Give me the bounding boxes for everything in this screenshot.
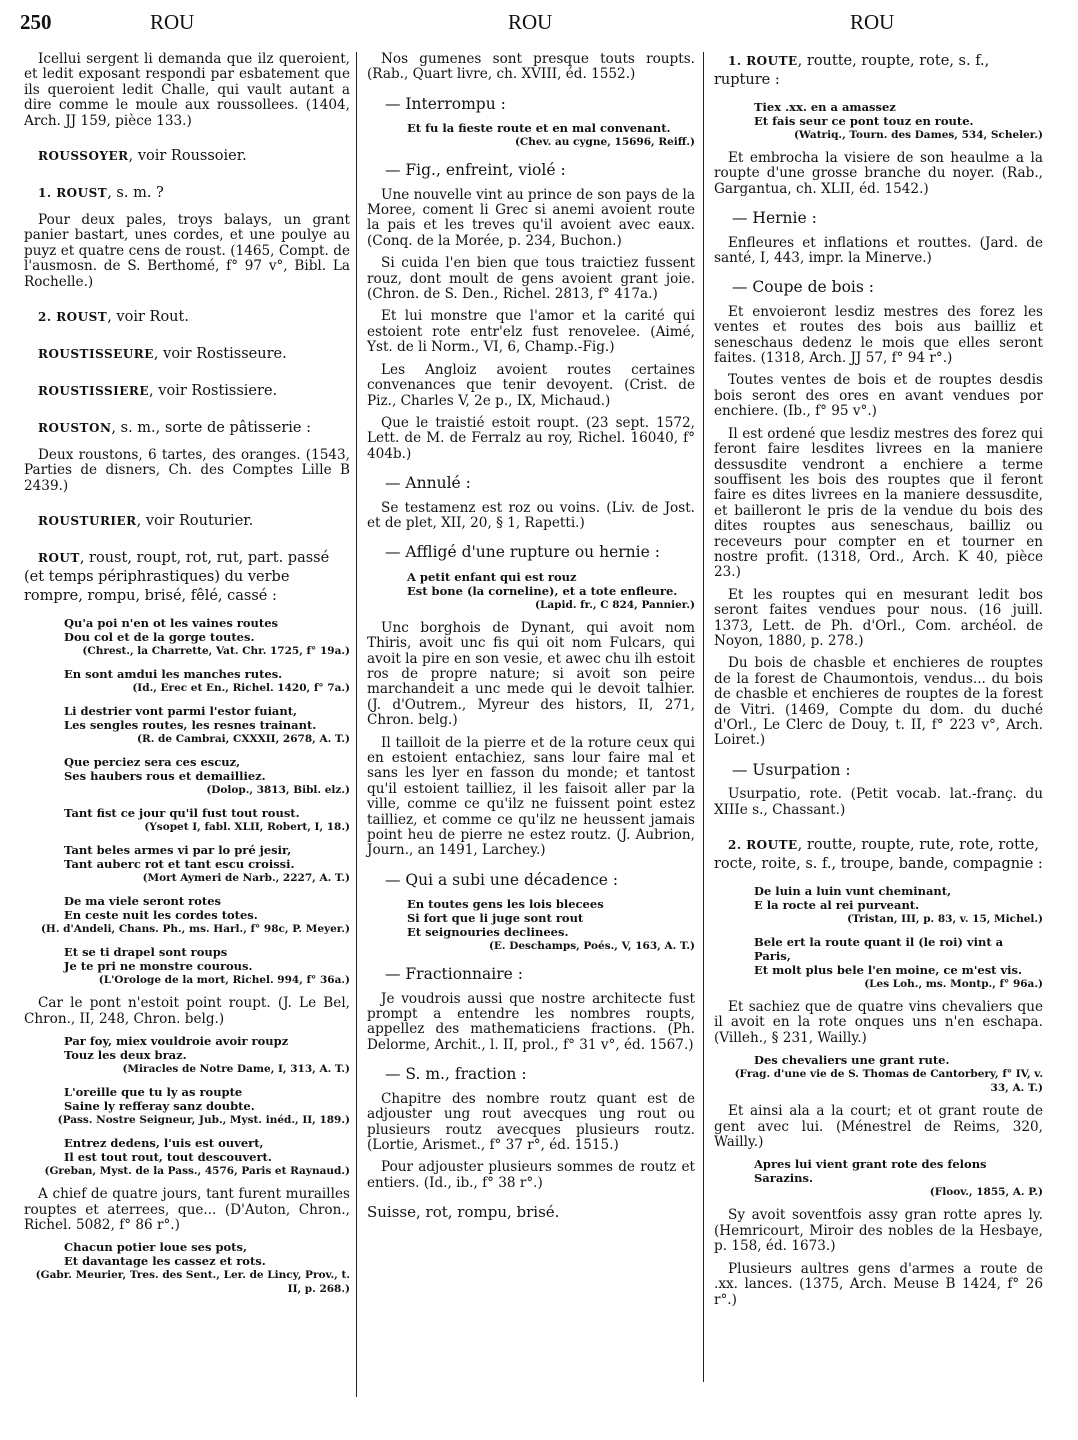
quotation-paragraph: Et les rouptes qui en mesurant ledit bos… — [714, 588, 1043, 650]
headword: ROUT — [38, 551, 80, 565]
citation: (Greban, Myst. de la Pass., 4576, Paris … — [24, 1164, 350, 1178]
dictionary-entry: ROUSTURIER, voir Routurier. — [24, 512, 350, 531]
verse-line: Chacun potier loue ses pots, — [24, 1240, 350, 1254]
verse-quotation: Et fu la fieste route et en mal convenan… — [367, 121, 695, 149]
definition: , s. m. ? — [107, 185, 164, 201]
citation: (Dolop., 3813, Bibl. elz.) — [24, 783, 350, 797]
verse-line: En sont amdui les manches rutes. — [24, 667, 350, 681]
definition: , s. m., sorte de pâtisserie : — [111, 420, 311, 436]
quotation-paragraph: Sy avoit soventfois assy gran rotte apre… — [714, 1208, 1043, 1254]
quotation-paragraph: Deux roustons, 6 tartes, des oranges. (1… — [24, 448, 350, 494]
verse-line: Bele ert la route quant il (le roi) vint… — [714, 935, 1043, 963]
verse-quotation: Li destrier vont parmi l'estor fuiant,Le… — [24, 704, 350, 746]
page-number: 250 — [20, 10, 52, 35]
verse-quotation: Que perciez sera ces escuz,Ses haubers r… — [24, 755, 350, 797]
verse-line: Saine ly refferay sanz doubte. — [24, 1099, 350, 1113]
quotation-paragraph: Toutes ventes de bois et de rouptes desd… — [714, 373, 1043, 419]
verse-quotation: En toutes gens les lois bleceesSi fort q… — [367, 897, 695, 953]
running-head-center: ROU — [508, 10, 552, 35]
column-1: Icellui sergent li demanda que ilz quero… — [24, 52, 350, 1305]
running-head-right: ROU — [850, 10, 894, 35]
headword: ROUSTISSIERE — [38, 384, 149, 398]
verse-line: E la rocte al rei purveant. — [714, 898, 1043, 912]
quotation-paragraph: Il tailloit de la pierre et de la roture… — [367, 736, 695, 859]
verse-quotation: Tiex .xx. en a amassezEt fais seur ce po… — [714, 100, 1043, 142]
quotation-paragraph: Icellui sergent li demanda que ilz quero… — [24, 52, 350, 129]
verse-quotation: Apres lui vient grant rote des felons Sa… — [714, 1157, 1043, 1199]
sense-heading: — Fractionnaire : — [385, 967, 695, 982]
definition: , voir Routurier. — [137, 513, 254, 529]
citation: (Ysopet I, fabl. XLII, Robert, I, 18.) — [24, 820, 350, 834]
headword: 2. ROUST — [38, 310, 107, 324]
dictionary-entry: ROUSTISSEURE, voir Rostisseure. — [24, 345, 350, 364]
headword: 1. ROUST — [38, 186, 107, 200]
citation: (Mort Aymeri de Narb., 2227, A. T.) — [24, 871, 350, 885]
verse-line: Les sengles routes, les resnes trainant. — [24, 718, 350, 732]
quotation-paragraph: Et sachiez que de quatre vins chevaliers… — [714, 1000, 1043, 1046]
verse-line: Il est tout rout, tout descouvert. — [24, 1150, 350, 1164]
verse-line: Je te pri ne monstre courous. — [24, 959, 350, 973]
verse-line: De ma viele seront rotes — [24, 894, 350, 908]
citation: (E. Deschamps, Poés., V, 163, A. T.) — [367, 939, 695, 953]
citation: (R. de Cambrai, CXXXII, 2678, A. T.) — [24, 732, 350, 746]
verse-line: Des chevaliers une grant rute. — [714, 1053, 1043, 1067]
dictionary-entry: ROUSTISSIERE, voir Rostissiere. — [24, 382, 350, 401]
quotation-paragraph: Chapitre des nombre routz quant est de a… — [367, 1092, 695, 1154]
definition: , voir Rostisseure. — [154, 346, 287, 362]
dictionary-entry: ROUSSOYER, voir Roussoier. — [24, 147, 350, 166]
quotation-paragraph: Si cuida l'en bien que tous traictiez fu… — [367, 256, 695, 302]
dictionary-entry: 1. ROUST, s. m. ? — [24, 184, 350, 203]
verse-quotation: A petit enfant qui est rouzEst bone (la … — [367, 570, 695, 612]
quotation-paragraph: Pour adjouster plusieurs sommes de routz… — [367, 1160, 695, 1191]
verse-line: L'oreille que tu ly as roupte — [24, 1085, 350, 1099]
sense-heading: — Affligé d'une rupture ou hernie : — [385, 545, 695, 560]
verse-quotation: Qu'a poi n'en ot les vaines routesDou co… — [24, 616, 350, 658]
verse-quotation: L'oreille que tu ly as roupteSaine ly re… — [24, 1085, 350, 1127]
verse-line: Et molt plus bele l'en moine, ce m'est v… — [714, 963, 1043, 977]
verse-quotation: Entrez dedens, l'uis est ouvert,Il est t… — [24, 1136, 350, 1178]
quotation-paragraph: Je voudrois aussi que nostre architecte … — [367, 992, 695, 1054]
verse-line: En toutes gens les lois blecees — [367, 897, 695, 911]
headword: ROUSSOYER — [38, 149, 129, 163]
citation: (Chev. au cygne, 15696, Reiff.) — [367, 135, 695, 149]
verse-line: Si fort que li juge sont rout — [367, 911, 695, 925]
citation: (H. d'Andeli, Chans. Ph., ms. Harl., f° … — [24, 922, 350, 936]
sense-heading: — Coupe de bois : — [732, 280, 1043, 295]
verse-quotation: Tant fist ce jour qu'il fust tout roust.… — [24, 806, 350, 834]
quotation-paragraph: Enfleures et inflations et routtes. (Jar… — [714, 236, 1043, 267]
headword: ROUSTON — [38, 421, 111, 435]
definition: , voir Rostissiere. — [149, 383, 277, 399]
quotation-paragraph: Usurpatio, rote. (Petit vocab. lat.-fran… — [714, 787, 1043, 818]
verse-line: A petit enfant qui est rouz — [367, 570, 695, 584]
verse-quotation: Tant beles armes vi par lo pré jesir,Tan… — [24, 843, 350, 885]
verse-line: Tiex .xx. en a amassez — [714, 100, 1043, 114]
verse-line: Ses haubers rous et demailliez. — [24, 769, 350, 783]
quotation-paragraph: Pour deux pales, troys balays, un grant … — [24, 213, 350, 290]
verse-line: Touz les deux braz. — [24, 1048, 350, 1062]
verse-quotation: Chacun potier loue ses pots,Et davantage… — [24, 1240, 350, 1296]
citation: (Frag. d'une vie de S. Thomas de Cantorb… — [714, 1067, 1043, 1095]
quotation-paragraph: Car le pont n'estoit point roupt. (J. Le… — [24, 996, 350, 1027]
verse-quotation: Par foy, miex vouldroie avoir roupzTouz … — [24, 1034, 350, 1076]
verse-line: Apres lui vient grant rote des felons Sa… — [714, 1157, 1043, 1185]
dictionary-entry: ROUSTON, s. m., sorte de pâtisserie : — [24, 419, 350, 438]
citation: (Miracles de Notre Dame, I, 313, A. T.) — [24, 1062, 350, 1076]
verse-line: Entrez dedens, l'uis est ouvert, — [24, 1136, 350, 1150]
quotation-paragraph: Les Angloiz avoient routes certaines con… — [367, 363, 695, 409]
column-2: Nos gumenes sont presque touts roupts. (… — [367, 52, 695, 1228]
verse-line: Li destrier vont parmi l'estor fuiant, — [24, 704, 350, 718]
citation: (Watriq., Tourn. des Dames, 534, Scheler… — [714, 128, 1043, 142]
headword: 1. ROUTE — [728, 54, 798, 68]
quotation-paragraph: Nos gumenes sont presque touts roupts. (… — [367, 52, 695, 83]
verse-line: Dou col et de la gorge toutes. — [24, 630, 350, 644]
verse-line: Tant auberc rot et tant escu croissi. — [24, 857, 350, 871]
citation: (Floov., 1855, A. P.) — [714, 1185, 1043, 1199]
column-divider — [703, 52, 704, 1382]
verse-line: Tant beles armes vi par lo pré jesir, — [24, 843, 350, 857]
verse-line: Et fais seur ce pont touz en route. — [714, 114, 1043, 128]
quotation-paragraph: Et embrocha la visiere de son heaulme a … — [714, 151, 1043, 197]
quotation-paragraph: Se testamenz est roz ou voins. (Liv. de … — [367, 501, 695, 532]
verse-quotation: Des chevaliers une grant rute.(Frag. d'u… — [714, 1053, 1043, 1095]
verse-quotation: De luin a luin vunt cheminant,E la rocte… — [714, 884, 1043, 926]
sense-heading: — S. m., fraction : — [385, 1067, 695, 1082]
quotation-paragraph: Que le traistié estoit roupt. (23 sept. … — [367, 416, 695, 462]
verse-quotation: En sont amdui les manches rutes.(Id., Er… — [24, 667, 350, 695]
verse-quotation: Et se ti drapel sont roupsJe te pri ne m… — [24, 945, 350, 987]
verse-quotation: De ma viele seront rotesEn ceste nuit le… — [24, 894, 350, 936]
verse-line: Que perciez sera ces escuz, — [24, 755, 350, 769]
headword: ROUSTISSEURE — [38, 347, 154, 361]
citation: (Id., Erec et En., Richel. 1420, f° 7a.) — [24, 681, 350, 695]
citation: (Pass. Nostre Seigneur, Jub., Myst. inéd… — [24, 1113, 350, 1127]
dictionary-entry: 2. ROUTE, routte, roupte, rute, rote, ro… — [714, 836, 1043, 874]
headword: 2. ROUTE — [728, 838, 798, 852]
quotation-paragraph: Et envoieront lesdiz mestres des forez l… — [714, 305, 1043, 367]
quotation-paragraph: Du bois de chasble et enchieres de roupt… — [714, 656, 1043, 748]
verse-line: Et seignouries declinees. — [367, 925, 695, 939]
verse-line: Et se ti drapel sont roups — [24, 945, 350, 959]
column-3: 1. ROUTE, routte, roupte, rote, s. f., r… — [714, 52, 1043, 1315]
dictionary-entry: 2. ROUST, voir Rout. — [24, 308, 350, 327]
quotation-paragraph: Plusieurs aultres gens d'armes a route d… — [714, 1262, 1043, 1308]
headword: ROUSTURIER — [38, 514, 137, 528]
definition: , voir Rout. — [107, 309, 189, 325]
quotation-paragraph: A chief de quatre jours, tant furent mur… — [24, 1187, 350, 1233]
citation: (Les Loh., ms. Montp., f° 96a.) — [714, 977, 1043, 991]
verse-line: En ceste nuit les cordes totes. — [24, 908, 350, 922]
verse-line: Et davantage les cassez et rots. — [24, 1254, 350, 1268]
citation: (Lapid. fr., C 824, Pannier.) — [367, 598, 695, 612]
dictionary-entry: 1. ROUTE, routte, roupte, rote, s. f., r… — [714, 52, 1043, 90]
verse-line: De luin a luin vunt cheminant, — [714, 884, 1043, 898]
running-head-left: ROU — [150, 10, 194, 35]
citation: (Gabr. Meurier, Tres. des Sent., Ler. de… — [24, 1268, 350, 1296]
definition: , voir Roussoier. — [129, 148, 247, 164]
verse-line: Est bone (la corneline), et a tote enfle… — [367, 584, 695, 598]
column-divider — [356, 52, 357, 1397]
sense-heading: — Annulé : — [385, 476, 695, 491]
quotation-paragraph: Il est ordené que lesdiz mestres des for… — [714, 427, 1043, 581]
citation: (Tristan, III, p. 83, v. 15, Michel.) — [714, 912, 1043, 926]
quotation-paragraph: Suisse, rot, rompu, brisé. — [367, 1205, 695, 1220]
verse-line: Par foy, miex vouldroie avoir roupz — [24, 1034, 350, 1048]
citation: (Chrest., la Charrette, Vat. Chr. 1725, … — [24, 644, 350, 658]
verse-line: Tant fist ce jour qu'il fust tout roust. — [24, 806, 350, 820]
sense-heading: — Interrompu : — [385, 97, 695, 112]
citation: (L'Orologe de la mort, Richel. 994, f° 3… — [24, 973, 350, 987]
dictionary-entry: ROUT, roust, roupt, rot, rut, part. pass… — [24, 549, 350, 606]
sense-heading: — Usurpation : — [732, 763, 1043, 778]
verse-quotation: Bele ert la route quant il (le roi) vint… — [714, 935, 1043, 991]
sense-heading: — Hernie : — [732, 211, 1043, 226]
verse-line: Qu'a poi n'en ot les vaines routes — [24, 616, 350, 630]
quotation-paragraph: Unc borghois de Dynant, qui avoit nom Th… — [367, 621, 695, 729]
verse-line: Et fu la fieste route et en mal convenan… — [367, 121, 695, 135]
sense-heading: — Fig., enfreint, violé : — [385, 163, 695, 178]
quotation-paragraph: Une nouvelle vint au prince de son pays … — [367, 188, 695, 250]
quotation-paragraph: Et lui monstre que l'amor et la carité q… — [367, 309, 695, 355]
quotation-paragraph: Et ainsi ala a la court; et ot grant rou… — [714, 1104, 1043, 1150]
sense-heading: — Qui a subi une décadence : — [385, 873, 695, 888]
